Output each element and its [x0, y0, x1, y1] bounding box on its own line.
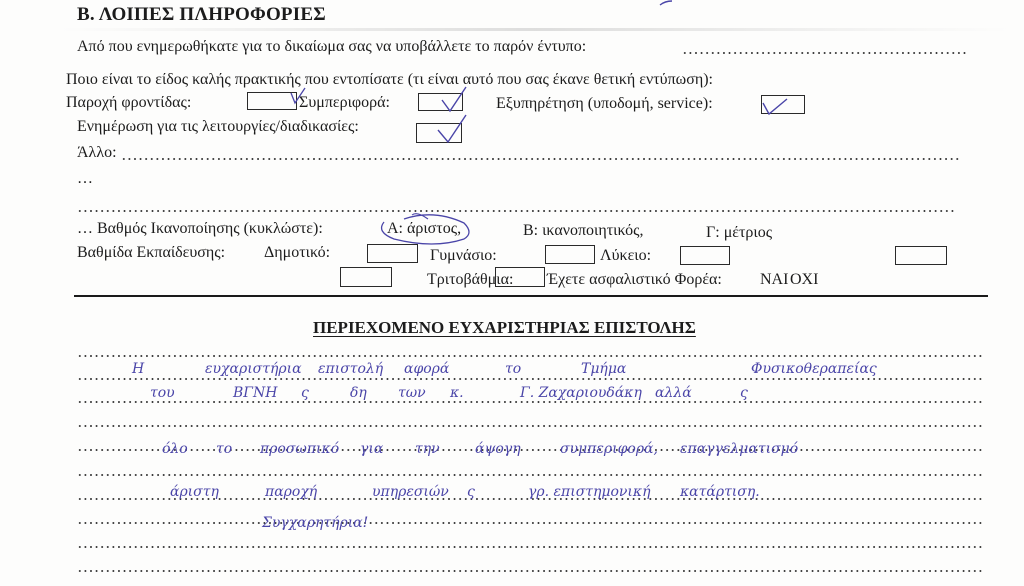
- tick-mark-information: [438, 115, 466, 142]
- tick-mark-service: [763, 99, 787, 114]
- handwritten-marks: [0, 0, 1024, 586]
- tick-mark-behavior: [442, 87, 466, 111]
- tick-mark-care: [291, 88, 305, 103]
- circle-mark-excellent: [382, 215, 469, 244]
